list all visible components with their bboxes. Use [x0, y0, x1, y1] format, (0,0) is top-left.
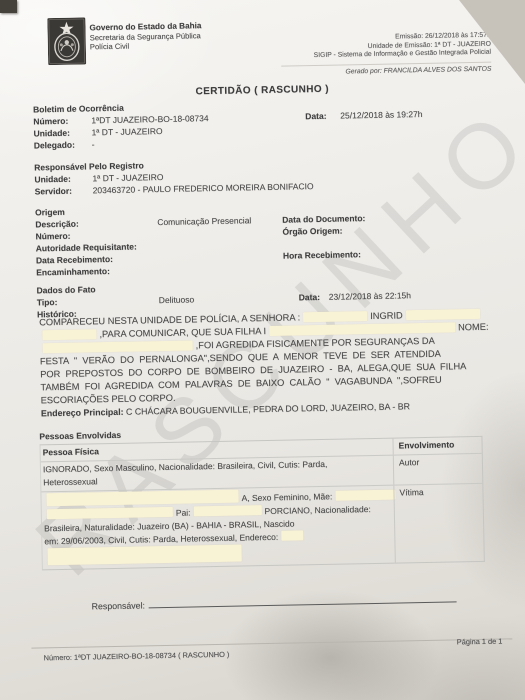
issuing-organization: Governo do Estado da Bahia Secretaria da… [89, 21, 201, 52]
redaction-box [281, 530, 303, 540]
responsavel-label: Responsável: [92, 600, 145, 611]
redaction-box [47, 544, 241, 565]
origem-descricao-label: Descrição: [35, 218, 79, 231]
photo-background-object [0, 0, 17, 13]
origem-encaminhamento-label: Encaminhamento: [36, 265, 110, 278]
text-segment: A, Sexo Feminino, Mãe: [241, 491, 332, 503]
redaction-box [43, 340, 193, 353]
document-content: Governo do Estado da Bahia Secretaria da… [31, 0, 503, 700]
text-segment: NOME: [458, 322, 489, 333]
fato-data-label: Data: [299, 291, 320, 303]
photo-of-police-report: { "colors":{"redaction":"#f9f3d6","paper… [0, 0, 525, 700]
text-segment: ,PARA COMUNICAR, QUE SUA FILHA I [99, 326, 266, 339]
fato-tipo-label: Tipo: [37, 296, 58, 308]
origem-numero-label: Número: [35, 230, 70, 243]
col-envolvimento: Envolvimento [392, 437, 481, 455]
pessoa-details: A, Sexo Feminino, Mãe:Pai:PORCIANO, Naci… [41, 486, 394, 570]
fato-tipo-value: Delituoso [159, 293, 195, 306]
generated-by: Gerado por: FRANCILDA ALVES DOS SANTOS [345, 66, 491, 76]
redaction-box [46, 490, 238, 507]
boletim-delegado-label: Delegado: [34, 138, 92, 151]
footer-divider [31, 638, 512, 648]
redaction-box [406, 308, 480, 319]
section-registro: Responsável Pelo Registro Unidade:1ª DT … [34, 153, 494, 198]
redaction-box [42, 329, 96, 340]
redaction-box [269, 322, 455, 336]
boletim-unidade-value: 1ª DT - JUAZEIRO [91, 126, 162, 137]
signature-line [149, 592, 457, 608]
envolvimento-value: Autor [393, 454, 483, 485]
text-segment: INGRID [370, 310, 403, 321]
footer-document-number: Número: 1ªDT JUAZEIRO-BO-18-08734 ( RASC… [44, 650, 230, 663]
section-pessoas-title: Pessoas Envolvidas [39, 430, 121, 442]
registro-servidor-label: Servidor: [35, 184, 93, 197]
redaction-box [303, 311, 367, 322]
boletim-numero-label: Número: [33, 114, 91, 127]
boletim-delegado-value: - [92, 139, 95, 149]
redaction-box [193, 505, 261, 516]
section-origem: Origem Descrição: Comunicação Presencial… [35, 198, 495, 279]
endereco-label: Endereço Principal: [41, 407, 124, 419]
text-segment: PORCIANO, Nacionalidade: [264, 504, 370, 516]
text-segment: Pai: [176, 507, 191, 517]
section-boletim: Boletim de Ocorrência Número:1ªDT JUAZEI… [33, 95, 493, 152]
paper-sheet: RASCUNHO Governo do Estado da Bahia Secr… [0, 0, 525, 700]
boletim-data-label: Data: [305, 110, 326, 122]
historico-text: COMPARECEU NESTA UNIDADE DE POLÍCIA, A S… [39, 308, 498, 408]
pessoas-table: Pessoa Física Envolvimento IGNORADO, Sex… [40, 436, 485, 570]
bahia-police-crest-icon [47, 17, 86, 65]
text-segment: ESCORIAÇÕES PELO CORPO. [41, 393, 176, 406]
pessoa-row: A, Sexo Feminino, Mãe:Pai:PORCIANO, Naci… [41, 483, 483, 569]
registro-unidade-label: Unidade: [34, 172, 92, 185]
emission-info: Emissão: 26/12/2018 às 17:57h Unidade de… [313, 32, 491, 61]
registro-servidor-value: 203463720 - PAULO FREDERICO MOREIRA BONI… [93, 181, 314, 195]
pessoas-table-body: IGNORADO, Sexo Masculino, Nacionalidade:… [41, 453, 484, 569]
redaction-box [335, 490, 395, 501]
signature-row: Responsável: [91, 592, 456, 611]
registro-unidade-value: 1ª DT - JUAZEIRO [92, 172, 163, 183]
redaction-box [47, 507, 173, 519]
footer-page-number: Página 1 de 1 [457, 637, 503, 647]
text-segment: Heterossexual [43, 476, 98, 487]
org-policia-civil: Polícia Civil [90, 40, 202, 52]
emission-system: SIGIP - Sistema de Informação e Gestão I… [314, 49, 492, 61]
envolvimento-value: Vítima [393, 484, 483, 563]
boletim-unidade-label: Unidade: [33, 126, 91, 139]
